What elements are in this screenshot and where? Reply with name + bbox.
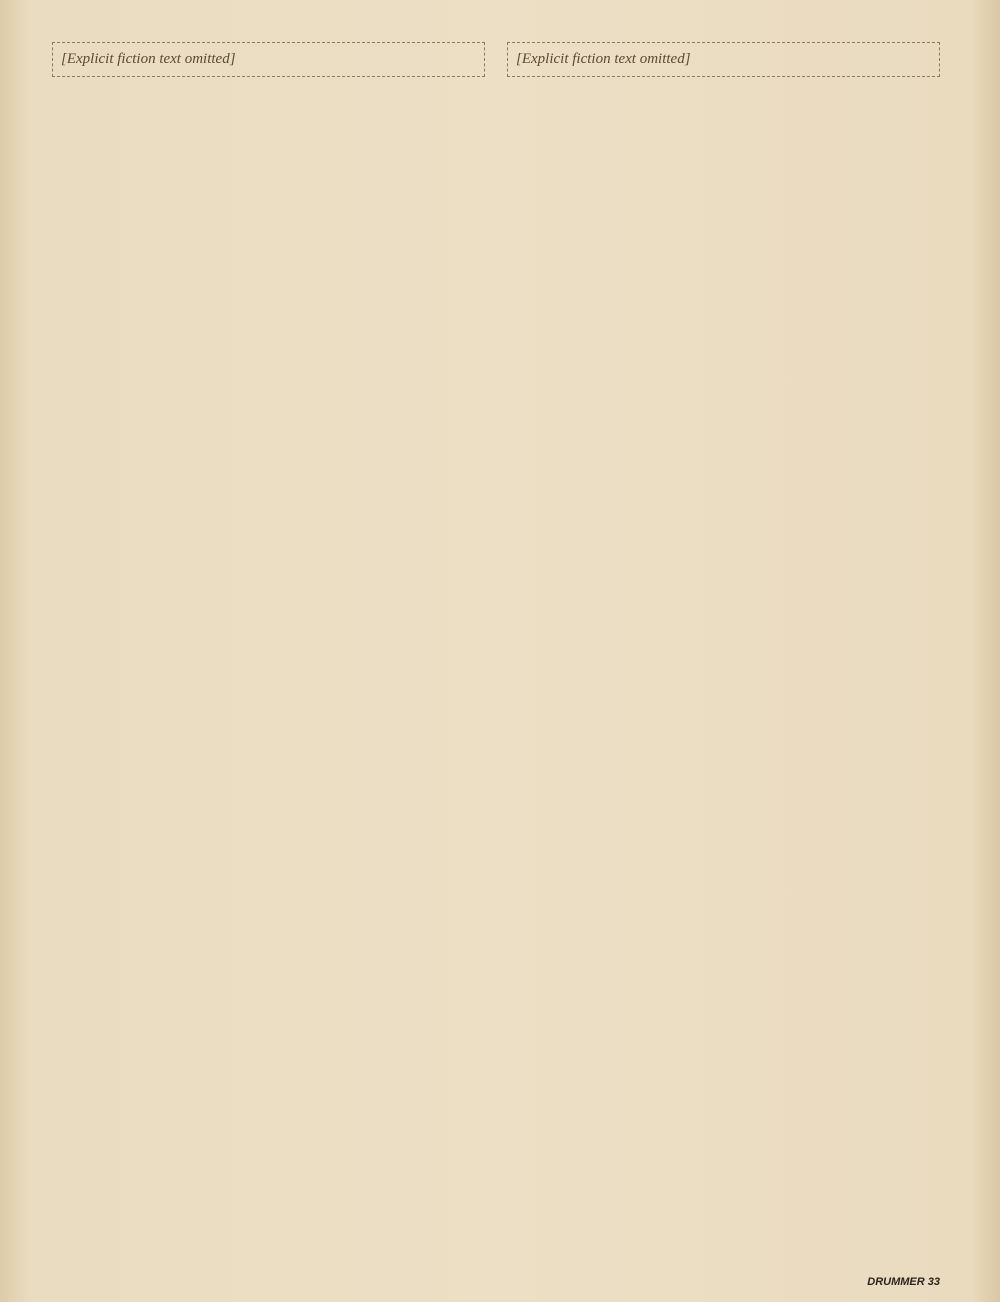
- omitted-text-note: [Explicit fiction text omitted]: [52, 42, 485, 77]
- magazine-page: [Explicit fiction text omitted] [Explici…: [0, 0, 1000, 1302]
- right-column: [Explicit fiction text omitted]: [507, 42, 940, 1262]
- page-folio: DRUMMER 33: [867, 1276, 940, 1288]
- left-column: [Explicit fiction text omitted]: [52, 42, 485, 1262]
- omitted-text-note: [Explicit fiction text omitted]: [507, 42, 940, 77]
- text-columns: [Explicit fiction text omitted] [Explici…: [52, 42, 940, 1262]
